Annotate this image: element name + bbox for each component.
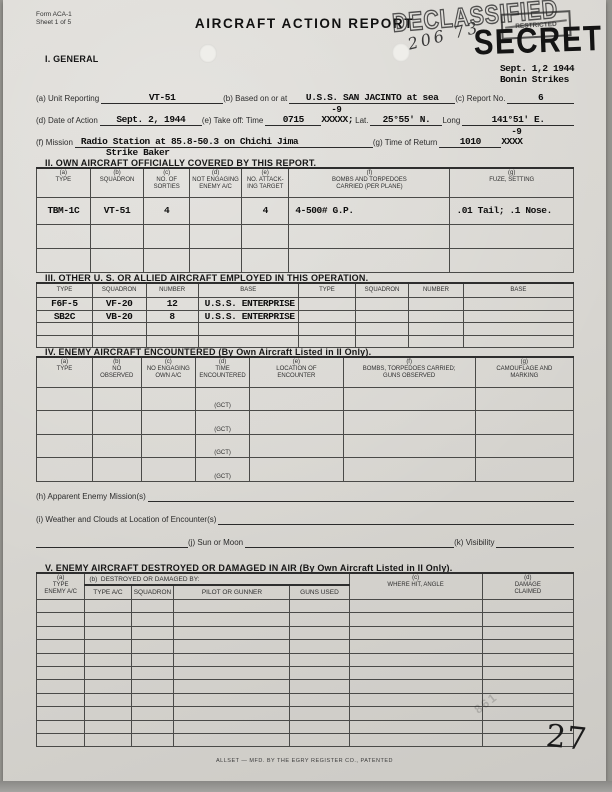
table-cell xyxy=(37,693,85,706)
table-cell xyxy=(37,720,85,733)
column-header: (e)LOCATION OF ENCOUNTER xyxy=(250,357,343,387)
column-label: TYPE ENEMY A/C xyxy=(37,582,84,596)
column-tag: (d) xyxy=(483,574,573,582)
sun-or-moon-value xyxy=(245,547,454,548)
table-cell xyxy=(290,626,349,639)
column-label: TIME ENCOUNTERED xyxy=(196,366,249,380)
table-row: (GCT) xyxy=(37,458,574,482)
column-header: NUMBER xyxy=(146,283,198,298)
table-cell xyxy=(37,387,93,411)
table-cell xyxy=(37,411,93,435)
column-header: (g)CAMOUFLAGE AND MARKING xyxy=(475,357,573,387)
table-cell xyxy=(131,613,174,626)
table-cell xyxy=(37,613,85,626)
header-row: (a)TYPE (b)NO OBSERVED (c)NO ENGAGING OW… xyxy=(37,357,574,387)
table-cell xyxy=(190,224,242,248)
header-row: TYPE SQUADRON NUMBER BASE TYPE SQUADRON … xyxy=(37,283,574,298)
table-cell xyxy=(409,298,464,311)
column-label: FUZE, SETTING xyxy=(450,177,573,184)
table-row xyxy=(37,626,574,639)
table-cell xyxy=(144,248,190,272)
table-cell xyxy=(343,458,475,482)
column-tag: (f) xyxy=(344,358,475,366)
table-cell: (GCT) xyxy=(195,411,249,435)
table-cell xyxy=(343,387,475,411)
column-tag: (b) xyxy=(89,576,97,583)
table-cell xyxy=(355,298,408,311)
table-cell xyxy=(92,434,141,458)
table-cell xyxy=(242,224,289,248)
table-cell xyxy=(190,248,242,272)
table-cell xyxy=(37,335,93,348)
column-label: SQUADRON xyxy=(91,177,144,184)
table-cell xyxy=(409,323,464,336)
table-cell xyxy=(450,248,574,272)
table-cell: U.S.S. ENTERPRISE xyxy=(198,310,298,323)
table-row xyxy=(37,224,574,248)
table-cell xyxy=(37,248,91,272)
column-label: SQUADRON xyxy=(93,287,146,294)
table-cell xyxy=(174,613,290,626)
table-cell xyxy=(475,458,573,482)
table-cell xyxy=(290,733,349,746)
table-cell xyxy=(355,310,408,323)
table-cell xyxy=(92,411,141,435)
timezone-note: -9 xyxy=(331,105,341,115)
column-header: (g)FUZE, SETTING xyxy=(450,168,574,197)
table-row: (GCT) xyxy=(37,434,574,458)
table-cell xyxy=(37,224,91,248)
column-label: DAMAGE CLAIMED xyxy=(483,582,573,596)
column-header: PILOT OR GUNNER xyxy=(174,585,290,600)
sun-or-moon-label: (j) Sun or Moon xyxy=(188,538,245,548)
column-tag: (a) xyxy=(37,358,92,366)
table-row xyxy=(37,613,574,626)
weather-continuation xyxy=(36,547,188,548)
table-cell xyxy=(37,680,85,693)
table-cell: VF-20 xyxy=(92,298,146,311)
gct-strikeout: XXXXX; xyxy=(321,114,353,125)
column-header: BASE xyxy=(463,283,573,298)
table-cell xyxy=(349,626,482,639)
table-row xyxy=(37,640,574,653)
table-row xyxy=(37,720,574,733)
column-label: NUMBER xyxy=(409,287,463,294)
column-label: DESTROYED OR DAMAGED BY: xyxy=(101,576,200,583)
table-row: F6F-5 VF-20 12 U.S.S. ENTERPRISE xyxy=(37,298,574,311)
column-label: NO OBSERVED xyxy=(93,366,141,380)
table-cell xyxy=(343,411,475,435)
table-row xyxy=(37,733,574,746)
table-cell xyxy=(198,335,298,348)
table-row: (GCT) xyxy=(37,411,574,435)
table-cell xyxy=(463,335,573,348)
table-cell xyxy=(290,613,349,626)
table-cell xyxy=(90,248,144,272)
visibility-value xyxy=(496,547,574,548)
table-cell xyxy=(190,197,242,224)
report-no-value: 6 xyxy=(507,92,574,104)
weather-label: (i) Weather and Clouds at Location of En… xyxy=(36,515,218,525)
table-cell xyxy=(482,666,573,679)
column-header: (b)NO OBSERVED xyxy=(92,357,141,387)
table-cell xyxy=(482,653,573,666)
table-cell: 4 xyxy=(144,197,190,224)
table-cell xyxy=(174,626,290,639)
column-tag: (c) xyxy=(350,574,482,582)
table-cell: F6F-5 xyxy=(37,298,93,311)
column-header: (a)TYPE ENEMY A/C xyxy=(37,573,85,600)
document-page: Form ACA-1 Sheet 1 of 5 AIRCRAFT ACTION … xyxy=(3,0,606,781)
column-header: (c)NO. OF SORTIES xyxy=(144,168,190,197)
column-header-destroyed-by: (b) DESTROYED OR DAMAGED BY: xyxy=(85,573,349,585)
column-header: (a)TYPE xyxy=(37,357,93,387)
table-cell xyxy=(131,653,174,666)
column-label: CAMOUFLAGE AND MARKING xyxy=(476,366,573,380)
section4-table-wrap: (a)TYPE (b)NO OBSERVED (c)NO ENGAGING OW… xyxy=(36,356,574,482)
column-tag: (a) xyxy=(37,169,90,177)
visibility-label: (k) Visibility xyxy=(454,538,496,548)
table-cell xyxy=(290,653,349,666)
form-line-h: (h) Apparent Enemy Mission(s) xyxy=(36,492,574,502)
table-cell xyxy=(37,323,93,336)
table-cell xyxy=(37,434,93,458)
column-label: NO. ATTACK- ING TARGET xyxy=(242,177,288,191)
table-cell xyxy=(141,458,195,482)
table-cell xyxy=(290,707,349,720)
table-cell: VT-51 xyxy=(90,197,144,224)
table-row xyxy=(37,666,574,679)
table-cell xyxy=(349,720,482,733)
section3-table-wrap: TYPE SQUADRON NUMBER BASE TYPE SQUADRON … xyxy=(36,282,574,348)
column-header: (f)BOMBS, TORPEDOES CARRIED; GUNS OBSERV… xyxy=(343,357,475,387)
table-cell xyxy=(85,640,131,653)
table-row xyxy=(37,600,574,613)
column-header: (b)SQUADRON xyxy=(90,168,144,197)
table-cell xyxy=(141,434,195,458)
table-cell xyxy=(409,310,464,323)
table-cell xyxy=(131,640,174,653)
column-header: GUNS USED xyxy=(290,585,349,600)
column-tag: (b) xyxy=(93,358,141,366)
table-cell xyxy=(131,733,174,746)
table-cell xyxy=(482,640,573,653)
table-cell: (GCT) xyxy=(195,387,249,411)
column-label: BOMBS, TORPEDOES CARRIED; GUNS OBSERVED xyxy=(344,366,475,380)
table-cell xyxy=(174,733,290,746)
column-label: SQUADRON xyxy=(356,287,408,294)
column-tag: (b) xyxy=(91,169,144,177)
column-label: TYPE xyxy=(37,366,92,373)
table-cell xyxy=(85,680,131,693)
table-cell xyxy=(85,653,131,666)
table-row xyxy=(37,323,574,336)
column-tag: (a) xyxy=(37,574,84,582)
table-cell xyxy=(85,693,131,706)
takeoff-time-value: 0715 xyxy=(265,114,321,126)
table-cell xyxy=(349,666,482,679)
table-cell xyxy=(482,626,573,639)
table-cell xyxy=(141,411,195,435)
table-cell xyxy=(141,387,195,411)
long-label: Long xyxy=(442,116,462,126)
column-header: (e)NO. ATTACK- ING TARGET xyxy=(242,168,289,197)
table-cell xyxy=(482,707,573,720)
table-cell xyxy=(349,600,482,613)
table-cell: .01 Tail; .1 Nose. xyxy=(450,197,574,224)
table-cell xyxy=(475,387,573,411)
table-cell xyxy=(299,298,356,311)
column-label: WHERE HIT, ANGLE xyxy=(350,582,482,589)
table-cell xyxy=(299,323,356,336)
table-cell xyxy=(482,680,573,693)
table-cell xyxy=(131,626,174,639)
table-cell xyxy=(37,458,93,482)
table-cell xyxy=(85,613,131,626)
column-tag: (c) xyxy=(144,169,189,177)
table-cell xyxy=(174,693,290,706)
table-cell xyxy=(355,335,408,348)
table-row xyxy=(37,248,574,272)
table-cell xyxy=(146,335,198,348)
table-cell xyxy=(92,335,146,348)
based-on-value: U.S.S. SAN JACINTO at sea xyxy=(289,92,455,104)
column-label: NOT ENGAGING ENEMY A/C xyxy=(190,177,241,191)
table-row: SB2C VB-20 8 U.S.S. ENTERPRISE xyxy=(37,310,574,323)
form-line-d: (d) Date of Action Sept. 2, 1944 (e) Tak… xyxy=(36,114,574,126)
table-cell xyxy=(174,640,290,653)
header-row: (a)TYPE ENEMY A/C (b) DESTROYED OR DAMAG… xyxy=(37,573,574,585)
table-cell: (GCT) xyxy=(195,434,249,458)
column-header: TYPE xyxy=(37,283,93,298)
long-value: 141°51' E. xyxy=(462,114,574,126)
mission-value-line2: Strike Baker xyxy=(106,147,170,158)
table-cell xyxy=(289,224,450,248)
table-cell xyxy=(250,387,343,411)
punch-hole xyxy=(392,43,410,62)
enemy-mission-value xyxy=(148,501,574,502)
column-header: (c)WHERE HIT, ANGLE xyxy=(349,573,482,600)
table-cell: 8 xyxy=(146,310,198,323)
table-cell xyxy=(146,323,198,336)
column-label: BASE xyxy=(199,287,298,294)
table-cell xyxy=(174,680,290,693)
section1-title: I. GENERAL xyxy=(45,54,99,64)
header-row: (a)TYPE (b)SQUADRON (c)NO. OF SORTIES (d… xyxy=(37,168,574,197)
table-cell xyxy=(37,640,85,653)
table-cell xyxy=(92,387,141,411)
column-label: BASE xyxy=(464,287,573,294)
table-cell xyxy=(131,666,174,679)
table-cell xyxy=(198,323,298,336)
lat-value: 25°55' N. xyxy=(370,114,442,126)
column-header: (d)NOT ENGAGING ENEMY A/C xyxy=(190,168,242,197)
mission-label: (f) Mission xyxy=(36,138,75,148)
section4-table: (a)TYPE (b)NO OBSERVED (c)NO ENGAGING OW… xyxy=(36,356,574,482)
column-header: (f)BOMBS AND TORPEDOES CARRIED (PER PLAN… xyxy=(289,168,450,197)
column-label: TYPE xyxy=(37,287,92,294)
table-cell xyxy=(37,733,85,746)
table-cell xyxy=(174,666,290,679)
table-cell xyxy=(90,224,144,248)
table-cell xyxy=(85,666,131,679)
column-label: NUMBER xyxy=(147,287,198,294)
takeoff-time-label: (e) Take off: Time xyxy=(202,116,266,126)
table-cell: (GCT) xyxy=(195,458,249,482)
table-cell xyxy=(85,626,131,639)
column-header: (d)TIME ENCOUNTERED xyxy=(195,357,249,387)
table-cell xyxy=(174,707,290,720)
table-cell xyxy=(37,653,85,666)
table-cell xyxy=(131,720,174,733)
table-cell xyxy=(290,720,349,733)
table-row xyxy=(37,653,574,666)
column-header: TYPE xyxy=(299,283,356,298)
printer-footer: ALLSET — MFD. BY THE EGRY REGISTER CO., … xyxy=(3,758,606,764)
column-header: SQUADRON xyxy=(131,585,174,600)
table-cell xyxy=(174,653,290,666)
table-cell xyxy=(349,613,482,626)
table-cell: SB2C xyxy=(37,310,93,323)
scan-edge xyxy=(0,781,612,792)
table-cell xyxy=(92,458,141,482)
table-cell xyxy=(85,707,131,720)
table-cell xyxy=(349,733,482,746)
column-tag: (f) xyxy=(289,169,449,177)
table-cell xyxy=(290,600,349,613)
column-label: NO ENGAGING OWN A/C xyxy=(142,366,195,380)
column-tag: (c) xyxy=(142,358,195,366)
report-date: Sept. 1,2 1944 xyxy=(500,64,574,75)
table-cell xyxy=(290,693,349,706)
table-cell xyxy=(482,613,573,626)
column-header: TYPE A/C xyxy=(85,585,131,600)
column-label: TYPE xyxy=(299,287,355,294)
table-cell xyxy=(349,707,482,720)
table-cell xyxy=(475,411,573,435)
weather-value xyxy=(218,524,574,525)
based-on-label: (b) Based on or at xyxy=(223,94,289,104)
column-tag: (d) xyxy=(196,358,249,366)
takeoff-zone: -9XXXXX; xyxy=(321,114,355,126)
column-tag: (e) xyxy=(250,358,342,366)
form-line-jk: (j) Sun or Moon (k) Visibility xyxy=(36,538,574,548)
table-cell xyxy=(463,323,573,336)
section5-table: (a)TYPE ENEMY A/C (b) DESTROYED OR DAMAG… xyxy=(36,572,574,747)
unit-reporting-label: (a) Unit Reporting xyxy=(36,94,101,104)
column-header: NUMBER xyxy=(409,283,464,298)
lat-label: Lat. xyxy=(355,116,370,126)
column-tag: (g) xyxy=(476,358,573,366)
table-cell xyxy=(131,707,174,720)
table-cell xyxy=(85,720,131,733)
time-of-return-value: 1010 xyxy=(439,136,501,148)
secret-stamp: SECRET xyxy=(473,19,603,64)
column-header: (d)DAMAGE CLAIMED xyxy=(482,573,573,600)
table-cell: U.S.S. ENTERPRISE xyxy=(198,298,298,311)
section3-table: TYPE SQUADRON NUMBER BASE TYPE SQUADRON … xyxy=(36,282,574,348)
table-cell xyxy=(131,680,174,693)
table-cell xyxy=(174,600,290,613)
column-label: LOCATION OF ENCOUNTER xyxy=(250,366,342,380)
report-no-label: (c) Report No. xyxy=(455,94,507,104)
table-cell xyxy=(37,600,85,613)
table-cell xyxy=(290,680,349,693)
column-label: NO. OF SORTIES xyxy=(144,177,189,191)
table-cell xyxy=(450,224,574,248)
table-row xyxy=(37,707,574,720)
table-row xyxy=(37,335,574,348)
table-row: TBM-1C VT-51 4 4 4-500# G.P. .01 Tail; .… xyxy=(37,197,574,224)
table-cell xyxy=(475,434,573,458)
return-zone: -9XXXX xyxy=(501,136,524,148)
table-cell xyxy=(482,600,573,613)
table-cell xyxy=(92,323,146,336)
table-cell xyxy=(463,310,573,323)
table-cell xyxy=(242,248,289,272)
table-cell xyxy=(355,323,408,336)
column-label: TYPE xyxy=(37,177,90,184)
table-cell xyxy=(250,411,343,435)
table-cell xyxy=(289,248,450,272)
table-cell xyxy=(131,600,174,613)
column-header: (c)NO ENGAGING OWN A/C xyxy=(141,357,195,387)
table-cell xyxy=(37,626,85,639)
column-label: BOMBS AND TORPEDOES CARRIED (PER PLANE) xyxy=(289,177,449,191)
time-of-return-label: (g) Time of Return xyxy=(373,138,439,148)
report-date-block: Sept. 1,2 1944 Bonin Strikes xyxy=(500,64,574,85)
table-cell xyxy=(409,335,464,348)
column-header: SQUADRON xyxy=(92,283,146,298)
section2-table-wrap: (a)TYPE (b)SQUADRON (c)NO. OF SORTIES (d… xyxy=(36,167,574,273)
table-row: (GCT) xyxy=(37,387,574,411)
column-header: BASE xyxy=(198,283,298,298)
table-cell xyxy=(250,458,343,482)
table-cell xyxy=(290,640,349,653)
column-tag: (g) xyxy=(450,169,573,177)
table-cell xyxy=(343,434,475,458)
table-cell xyxy=(250,434,343,458)
table-cell: TBM-1C xyxy=(37,197,91,224)
table-cell xyxy=(174,720,290,733)
enemy-mission-label: (h) Apparent Enemy Mission(s) xyxy=(36,492,148,502)
table-cell xyxy=(290,666,349,679)
gct-strikeout: XXXX xyxy=(501,136,522,147)
table-cell: 4-500# G.P. xyxy=(289,197,450,224)
form-line-a: (a) Unit Reporting VT-51 (b) Based on or… xyxy=(36,92,574,104)
table-cell xyxy=(85,733,131,746)
date-of-action-value: Sept. 2, 1944 xyxy=(100,114,202,126)
table-cell xyxy=(299,310,356,323)
table-cell: 4 xyxy=(242,197,289,224)
date-of-action-label: (d) Date of Action xyxy=(36,116,100,126)
table-cell xyxy=(131,693,174,706)
punch-hole xyxy=(199,44,217,63)
section2-table: (a)TYPE (b)SQUADRON (c)NO. OF SORTIES (d… xyxy=(36,167,574,273)
column-header: (a)TYPE xyxy=(37,168,91,197)
table-cell: VB-20 xyxy=(92,310,146,323)
table-cell xyxy=(144,224,190,248)
column-tag: (e) xyxy=(242,169,288,177)
timezone-note: -9 xyxy=(511,127,521,137)
table-cell xyxy=(37,666,85,679)
column-tag: (d) xyxy=(190,169,241,177)
table-cell xyxy=(463,298,573,311)
table-cell: 12 xyxy=(146,298,198,311)
table-cell xyxy=(349,680,482,693)
unit-reporting-value: VT-51 xyxy=(101,92,223,104)
table-cell xyxy=(349,640,482,653)
